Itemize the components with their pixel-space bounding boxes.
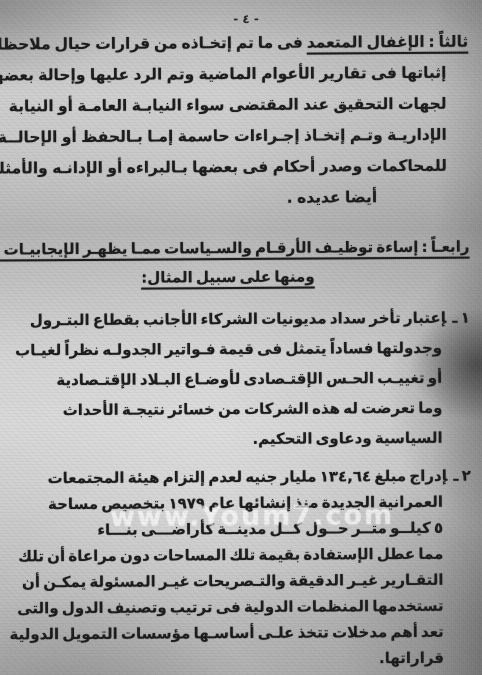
paragraph-line: وجدولتها فساداً يتمثل فى قيمة فـواتير ال… <box>26 333 470 366</box>
section-third-heading-rest: فى ما تم إتخـاذه من قرارات حيال ملاحظات … <box>0 34 307 54</box>
section-third: ثالثاً : الإغفال المتعمد فى ما تم إتخـاذ… <box>24 27 469 216</box>
paragraph-line: تعد أهم مدخلات تتخذ علـى أساسـها مؤسسات … <box>28 619 472 648</box>
paragraph-line: للمحاكمات وصدر أحكام فى بعضها بـالبراءه … <box>25 151 469 185</box>
paragraph-line: الإداريـة وتـم إتخـاذ إجـراءات حاسمة إمـ… <box>25 120 469 154</box>
scanned-document-page: - ٤ - ثالثاً : الإغفال المتعمد فى ما تم … <box>0 0 482 675</box>
paragraph-line: تستخدمها المنظمات الدولية فى ترتيب وتصني… <box>28 593 472 622</box>
section-third-heading: ثالثاً : الإغفال المتعمد <box>307 33 469 52</box>
section-fourth: رابعـاً : إساءة توظيـف الأرقـام والسـياس… <box>25 233 472 674</box>
list-item-number: ١ ـ <box>446 309 470 327</box>
list-item-first-line: ٢ ـإدراج مبلغ ١٣٤,٦٤ مليار جنيه لعدم إلت… <box>27 463 471 492</box>
paragraph-line: أو تغييـب الحـس الإقتـصادى لأوضـاع البـل… <box>26 363 470 396</box>
paragraph-line: ٥ كيلــو متــر حــول كــل مدينــة كأراضـ… <box>27 515 471 544</box>
paragraph-line: أيضا عديده . <box>25 182 469 216</box>
paragraph-line: إثباتها فى تقارير الأعوام الماضية وتم ال… <box>24 58 468 92</box>
list-item-1: ١ ـإعتبار تأخر سداد مديونيات الشركاء الأ… <box>26 303 471 456</box>
section-fourth-subheading: ومنها على سبيل المثال: <box>141 268 315 287</box>
page-number: - ٤ - <box>24 11 468 28</box>
document-text-block: - ٤ - ثالثاً : الإغفال المتعمد فى ما تم … <box>0 0 482 675</box>
paragraph-line: لجهات التحقيق عند المقتضى سواء النيابـة … <box>24 89 468 123</box>
list-item-2: ٢ ـإدراج مبلغ ١٣٤,٦٤ مليار جنيه لعدم إلت… <box>27 463 472 674</box>
paragraph-line: التقـارير غيـر الدقيقة والتـصريحات غيـر … <box>27 567 471 596</box>
paragraph-line: مما عطل الإستفادة بقيمة تلك المساحات دون… <box>27 541 471 570</box>
list-item-first-line: ١ ـإعتبار تأخر سداد مديونيات الشركاء الأ… <box>26 303 470 336</box>
list-item-text: إدراج مبلغ ١٣٤,٦٤ مليار جنيه لعدم إلتزام… <box>47 467 447 487</box>
list-item-text: إعتبار تأخر سداد مديونيات الشركاء الأجان… <box>30 309 447 330</box>
list-item-number: ٢ ـ <box>447 467 471 485</box>
section-fourth-subheading-line: ومنها على سبيل المثال: <box>26 262 470 294</box>
section-third-heading-line: ثالثاً : الإغفال المتعمد فى ما تم إتخـاذ… <box>24 27 468 61</box>
paragraph-line: السياسية ودعاوى التحكيم. <box>27 423 471 456</box>
paragraph-line: قراراتها. <box>28 645 472 674</box>
section-fourth-heading-line: رابعـاً : إساءة توظيـف الأرقـام والسـياس… <box>25 233 469 265</box>
paragraph-line: العمرانية الجديدة منذ إنشائها عام ١٩٧٩ ب… <box>27 489 471 518</box>
paragraph-line: وما تعرضت له هذه الشركات من خسائر نتيجـة… <box>26 393 470 426</box>
section-fourth-heading: رابعـاً : إساءة توظيـف الأرقـام والسـياس… <box>0 238 470 259</box>
